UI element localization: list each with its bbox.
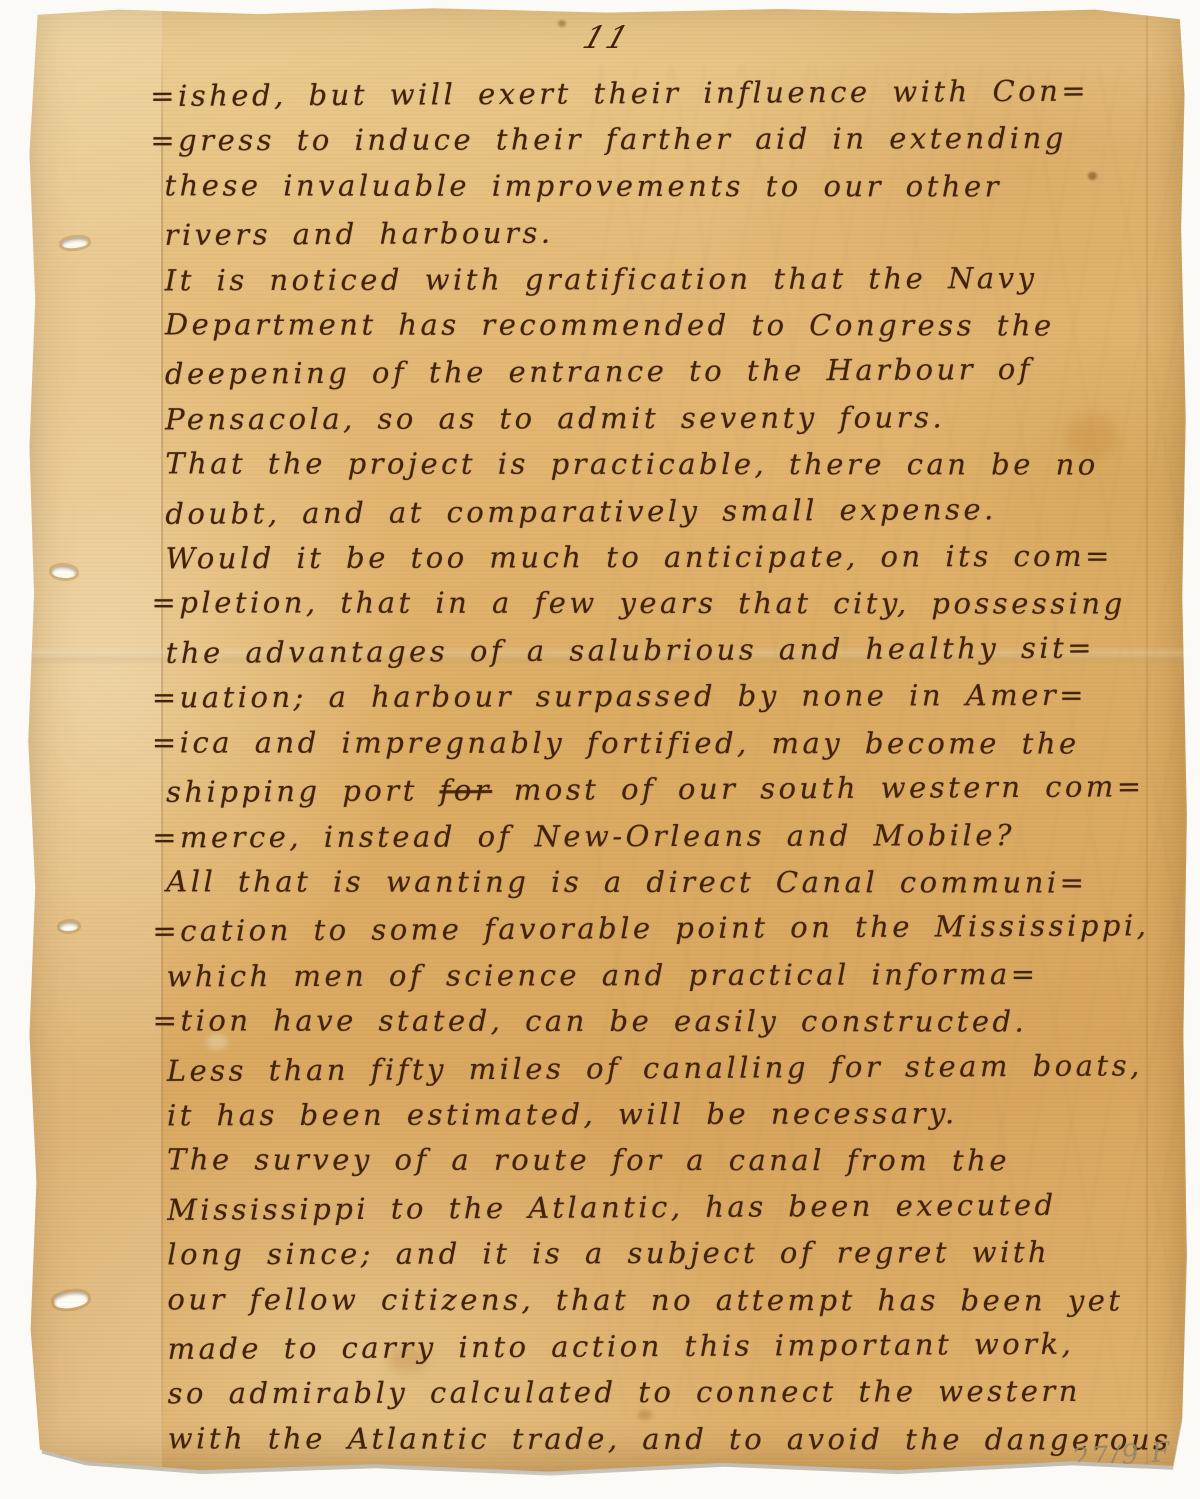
document-scan: 11 =ished, but will exert their influenc… bbox=[0, 0, 1200, 1499]
line-text: long since; and it is a subject of regre… bbox=[167, 1235, 1050, 1271]
line-text: with the Atlantic trade, and to avoid th… bbox=[168, 1421, 1172, 1456]
manuscript-line: rivers and harbours. bbox=[164, 206, 1180, 258]
line-text: so admirably calculated to connect the w… bbox=[168, 1374, 1081, 1410]
manuscript-line: =cation to some favorable point on the M… bbox=[152, 902, 1182, 954]
manuscript-line: =gress to induce their farther aid in ex… bbox=[150, 115, 1180, 164]
line-text: =ica and impregnably fortified, may beco… bbox=[152, 725, 1080, 760]
line-text: Less than fifty miles of canalling for s… bbox=[167, 1048, 1143, 1088]
manuscript-line: The survey of a route for a canal from t… bbox=[167, 1137, 1183, 1185]
line-text: Would it be too much to anticipate, on i… bbox=[165, 539, 1113, 575]
manuscript-line: That the project is practicable, there c… bbox=[165, 441, 1181, 489]
manuscript-line: long since; and it is a subject of regre… bbox=[167, 1229, 1183, 1278]
line-text: That the project is practicable, there c… bbox=[165, 447, 1099, 482]
line-text: made to carry into action this important… bbox=[167, 1327, 1074, 1366]
manuscript-line: our fellow citizens, that no attempt has… bbox=[167, 1276, 1183, 1324]
manuscript-line: Less than fifty miles of canalling for s… bbox=[167, 1042, 1183, 1094]
manuscript-line: Pensacola, so as to admit seventy fours. bbox=[165, 394, 1181, 443]
line-text: The survey of a route for a canal from t… bbox=[167, 1143, 1010, 1178]
left-margin-strip bbox=[26, 6, 162, 1476]
manuscript-line: so admirably calculated to connect the w… bbox=[168, 1368, 1184, 1417]
manuscript-line: with the Atlantic trade, and to avoid th… bbox=[168, 1415, 1184, 1463]
line-text: =pletion, that in a few years that city,… bbox=[152, 586, 1126, 621]
manuscript-line: Department has recommended to Congress t… bbox=[165, 301, 1181, 349]
manuscript-line: =pletion, that in a few years that city,… bbox=[152, 580, 1182, 628]
line-text: shipping port bbox=[166, 773, 440, 809]
line-text: most of our south western com= bbox=[492, 769, 1145, 807]
manuscript-line: Mississippi to the Atlantic, has been ex… bbox=[167, 1181, 1183, 1233]
manuscript-line: deepening of the entrance to the Harbour… bbox=[165, 346, 1181, 398]
line-text: these invaluable improvements to our oth… bbox=[164, 168, 1002, 203]
manuscript-line: All that is wanting is a direct Canal co… bbox=[166, 858, 1182, 906]
line-text: which men of science and practical infor… bbox=[167, 957, 1039, 993]
manuscript-line: doubt, and at comparatively small expens… bbox=[165, 485, 1181, 537]
line-text: =tion have stated, can be easily constru… bbox=[153, 1004, 1028, 1039]
manuscript-line: =tion have stated, can be easily constru… bbox=[153, 998, 1183, 1046]
manuscript-line: made to carry into action this important… bbox=[167, 1320, 1183, 1372]
manuscript-line: Would it be too much to anticipate, on i… bbox=[165, 533, 1181, 582]
line-text: Pensacola, so as to admit seventy fours. bbox=[165, 400, 945, 436]
manuscript-line: shipping port for most of our south west… bbox=[166, 763, 1182, 815]
manuscript-line: the advantages of a salubrious and healt… bbox=[166, 624, 1182, 676]
struck-word: for bbox=[439, 773, 492, 807]
manuscript-line: it has been estimated, will be necessary… bbox=[167, 1090, 1183, 1139]
manuscript-line: which men of science and practical infor… bbox=[166, 950, 1182, 999]
manuscript-line: It is noticed with gratification that th… bbox=[165, 254, 1181, 303]
line-text: =cation to some favorable point on the M… bbox=[152, 909, 1149, 949]
manuscript-line: =ished, but will exert their influence w… bbox=[150, 67, 1180, 119]
manuscript-line: =ica and impregnably fortified, may beco… bbox=[152, 719, 1182, 767]
page-number: 11 bbox=[20, 20, 1194, 56]
line-text: rivers and harbours. bbox=[165, 216, 554, 252]
line-text: doubt, and at comparatively small expens… bbox=[165, 492, 997, 531]
line-text: Mississippi to the Atlantic, has been ex… bbox=[167, 1188, 1057, 1227]
handwritten-text: =ished, but will exert their influence w… bbox=[164, 69, 1184, 1464]
line-text: =ished, but will exert their influence w… bbox=[150, 74, 1089, 113]
line-text: the advantages of a salubrious and healt… bbox=[166, 630, 1096, 669]
manuscript-page: 11 =ished, but will exert their influenc… bbox=[26, 6, 1188, 1476]
manuscript-line: these invaluable improvements to our oth… bbox=[164, 162, 1180, 210]
line-text: deepening of the entrance to the Harbour… bbox=[165, 352, 1033, 391]
line-text: All that is wanting is a direct Canal co… bbox=[166, 864, 1087, 899]
line-text: our fellow citizens, that no attempt has… bbox=[167, 1282, 1123, 1317]
line-text: It is noticed with gratification that th… bbox=[165, 261, 1038, 297]
line-text: =gress to induce their farther aid in ex… bbox=[150, 121, 1067, 157]
manuscript-line: =uation; a harbour surpassed by none in … bbox=[152, 672, 1182, 721]
line-text: =merce, instead of New-Orleans and Mobil… bbox=[152, 818, 1015, 854]
line-text: it has been estimated, will be necessary… bbox=[167, 1096, 958, 1132]
line-text: =uation; a harbour surpassed by none in … bbox=[152, 678, 1087, 714]
manuscript-line: =merce, instead of New-Orleans and Mobil… bbox=[152, 811, 1182, 860]
line-text: Department has recommended to Congress t… bbox=[165, 307, 1055, 342]
